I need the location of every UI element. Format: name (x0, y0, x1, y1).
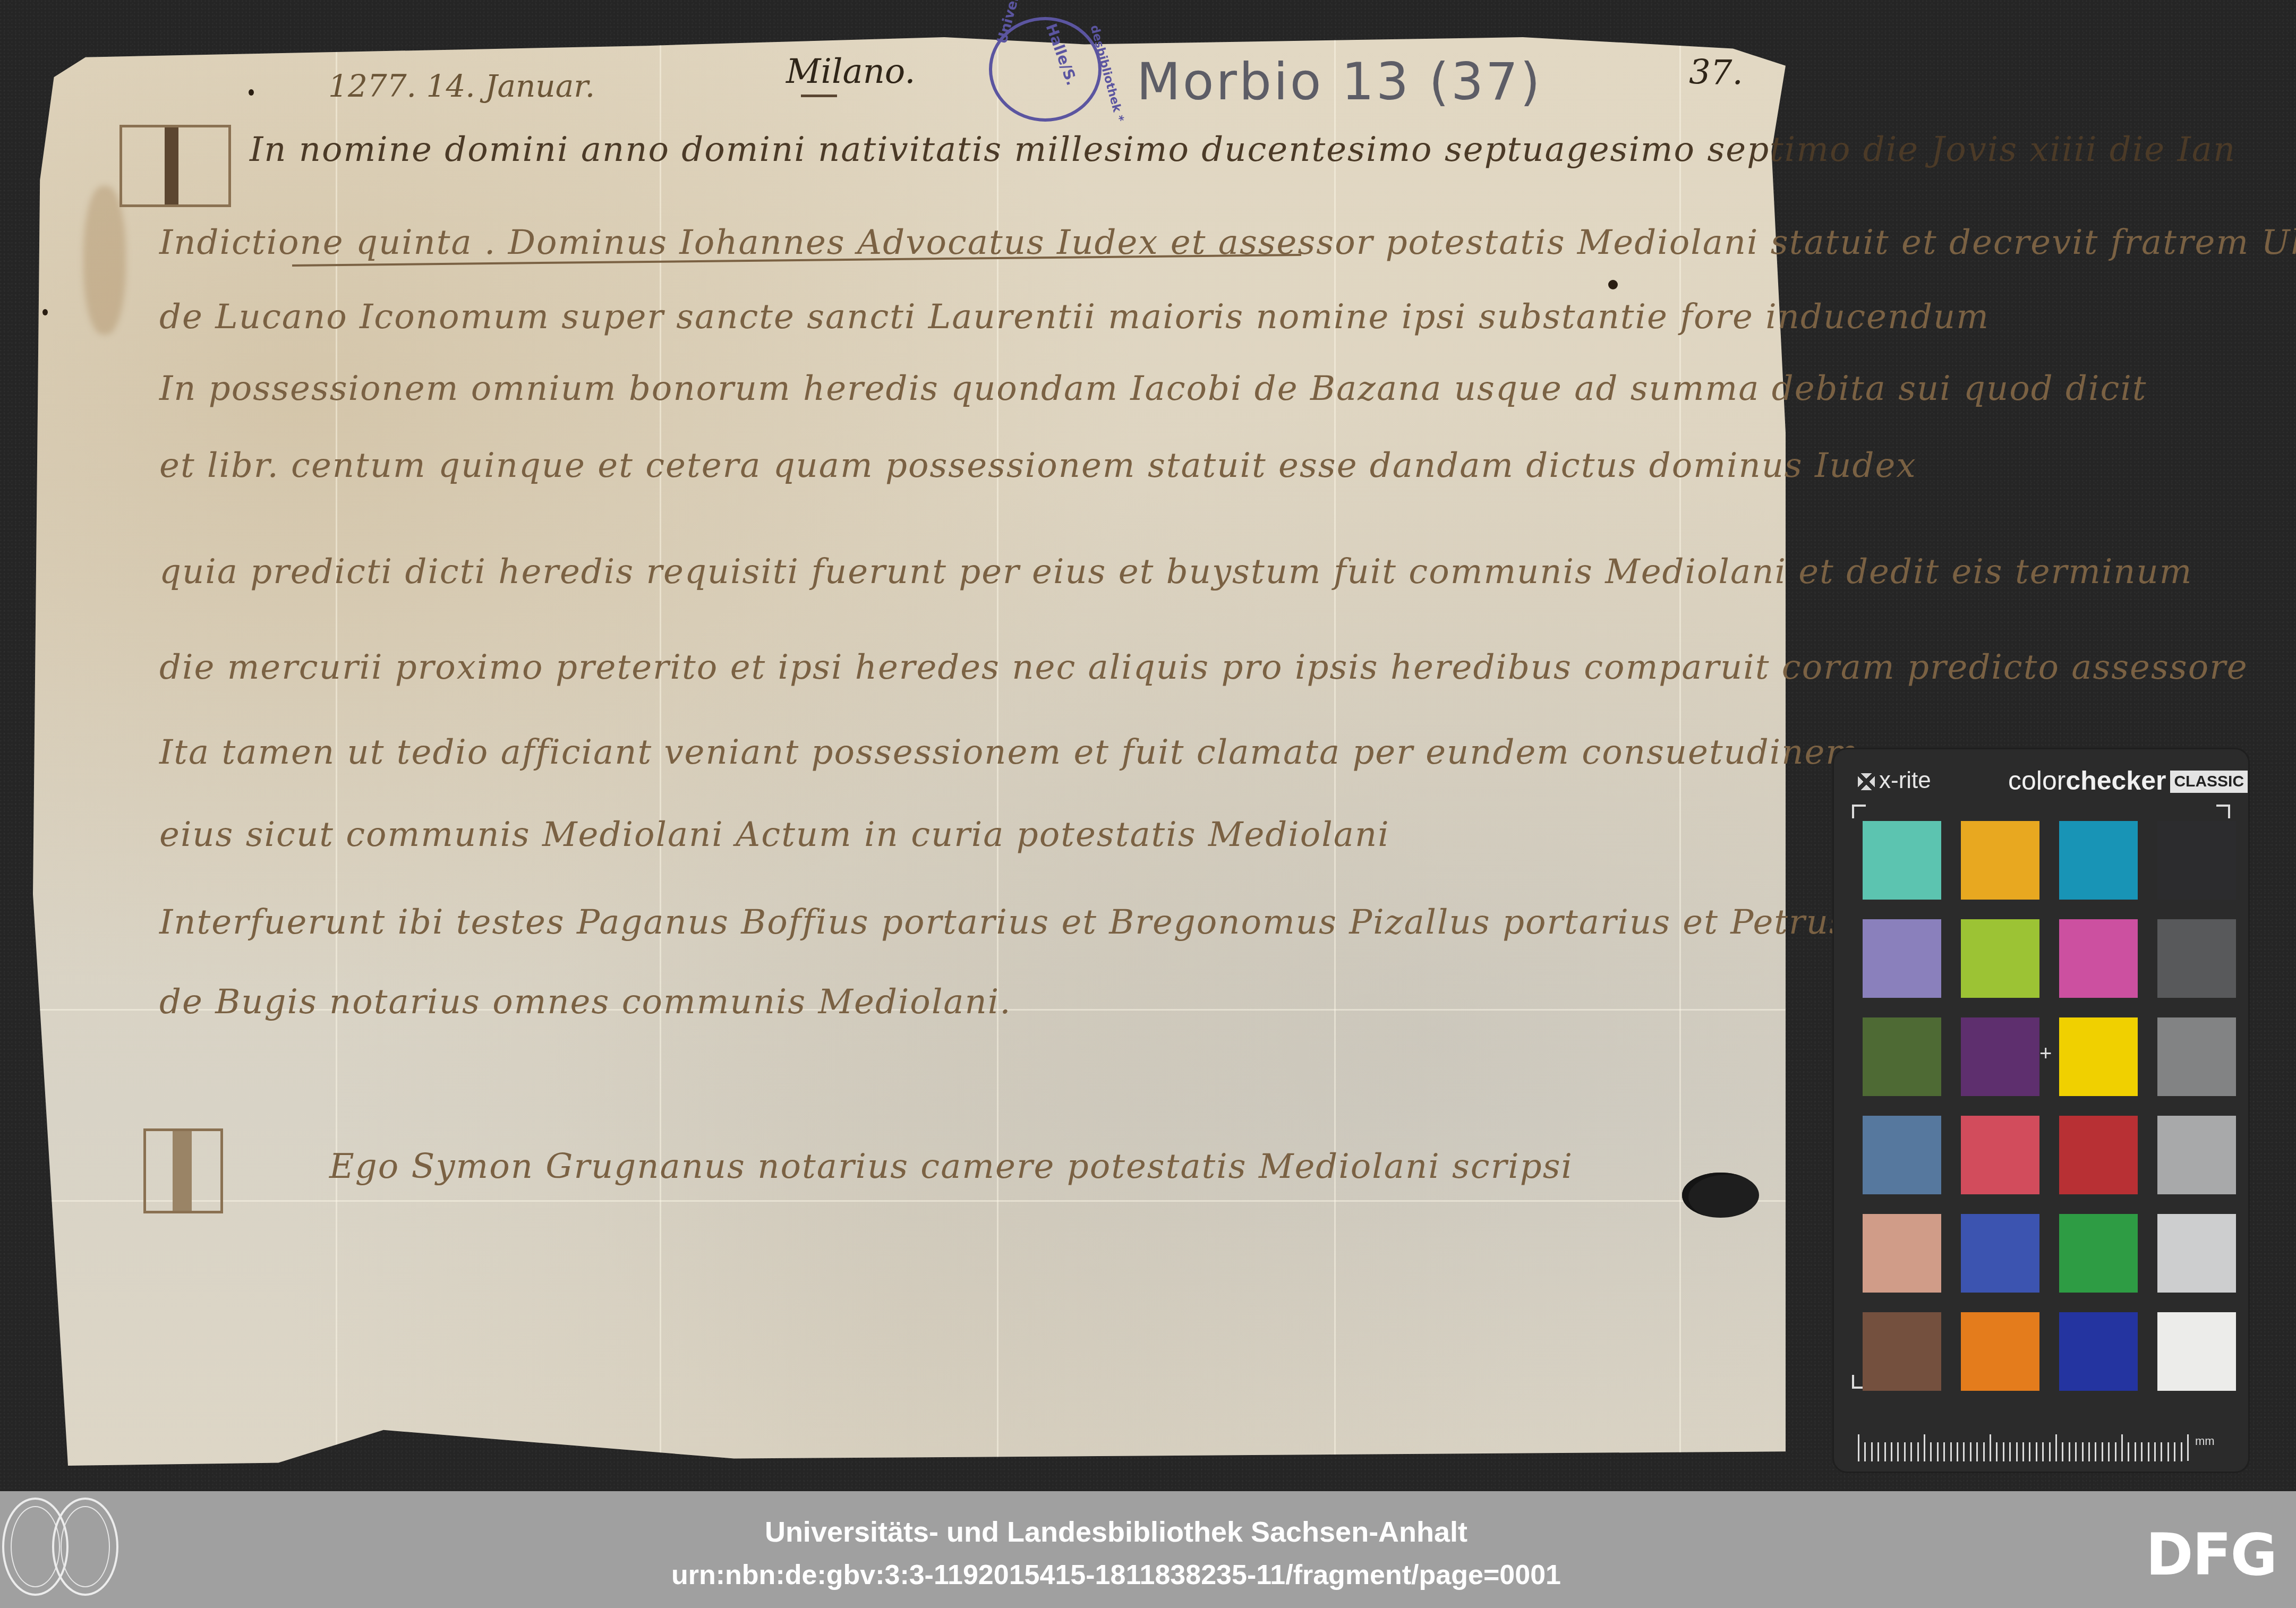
manuscript-line: eius sicut communis Mediolani Actum in c… (159, 815, 1390, 854)
place-annotation: Milano. (786, 52, 916, 91)
fold-line (33, 1200, 1786, 1202)
color-swatch (1863, 821, 1941, 900)
manuscript-line: die mercurii proximo preterito et ipsi h… (159, 648, 2248, 687)
color-swatch (1863, 1017, 1941, 1096)
xrite-mark-icon (1858, 773, 1875, 790)
parchment-hole (1682, 1173, 1759, 1218)
color-swatch (1961, 919, 2039, 998)
manuscript-line: Ita tamen ut tedio afficiant veniant pos… (159, 733, 1859, 772)
color-swatch (1863, 1116, 1941, 1194)
color-checker-card: x-rite colorcheckerCLASSIC + mm (1832, 748, 2250, 1473)
color-swatch (2059, 919, 2138, 998)
ruler-tick (1924, 1434, 1925, 1461)
urn-identifier[interactable]: urn:nbn:de:gbv:3:3-1192015415-1811838235… (0, 1559, 2264, 1591)
water-stain (83, 186, 126, 335)
color-swatch (2157, 1017, 2236, 1096)
ruler-unit-label: mm (2195, 1434, 2215, 1448)
manuscript-line: de Lucano Iconomum super sancte sancti L… (159, 297, 1990, 337)
pinhole (42, 309, 48, 315)
manuscript-line: In possessionem omnium bonorum heredis q… (159, 369, 2147, 408)
notarial-sign-top (120, 125, 231, 207)
color-swatch (1863, 1312, 1941, 1391)
color-swatch (1961, 1116, 2039, 1194)
color-swatch (2157, 919, 2236, 998)
color-swatch (2059, 1312, 2138, 1391)
crop-mark-icon (1852, 805, 1866, 818)
crop-mark-icon (2216, 805, 2230, 818)
ruler-tick (1858, 1434, 1859, 1461)
place-underline (801, 95, 837, 97)
pinhole (1608, 280, 1618, 289)
mm-ruler (1858, 1442, 2187, 1461)
ruler-tick (2055, 1434, 2057, 1461)
color-swatch (1961, 1017, 2039, 1096)
xrite-logo: x-rite (1858, 767, 1931, 794)
color-swatch (2059, 1214, 2138, 1293)
colorchecker-title: colorcheckerCLASSIC (2008, 765, 2248, 796)
color-swatch (1863, 1214, 1941, 1293)
folio-number: 37. (1689, 53, 1743, 92)
date-annotation: 1277. 14. Januar. (328, 68, 595, 104)
manuscript-line: de Bugis notarius omnes communis Mediola… (159, 982, 1012, 1022)
ruler-tick (2187, 1434, 2189, 1461)
color-swatch (2059, 1116, 2138, 1194)
institution-name: Universitäts- und Landesbibliothek Sachs… (0, 1516, 2264, 1549)
library-stamp: Univers Halle/S. desbibliothek * (989, 17, 1102, 122)
manuscript-line: In nomine domini anno domini nativitatis… (250, 130, 2236, 169)
notarial-sign-bottom (143, 1128, 223, 1213)
color-swatch (2157, 1312, 2236, 1391)
color-swatch (2157, 1214, 2236, 1293)
ruler-tick (2121, 1434, 2123, 1461)
color-swatch (1961, 821, 2039, 900)
color-swatch (1863, 919, 1941, 998)
dfg-logo: DFG (2146, 1522, 2276, 1588)
color-swatch (2059, 821, 2138, 900)
crosshair-icon: + (2039, 1043, 2052, 1064)
notary-subscription: Ego Symon Grugnanus notarius camere pote… (329, 1147, 1573, 1186)
color-swatch (1961, 1312, 2039, 1391)
pinhole (249, 89, 254, 96)
shelfmark-annotation: Morbio 13 (37) (1137, 52, 1542, 112)
classic-badge: CLASSIC (2170, 771, 2248, 793)
footer-bar: Universitäts- und Landesbibliothek Sachs… (0, 1491, 2296, 1608)
manuscript-line: et libr. centum quinque et cetera quam p… (159, 446, 1916, 485)
color-swatch (2157, 1116, 2236, 1194)
color-swatch (1961, 1214, 2039, 1293)
stamp-text-center: Halle/S. (1042, 21, 1081, 88)
ruler-tick (1990, 1434, 1991, 1461)
color-swatch (2157, 821, 2236, 900)
color-swatch (2059, 1017, 2138, 1096)
manuscript-line: Interfuerunt ibi testes Paganus Boffius … (159, 903, 1848, 942)
manuscript-line: quia predicti dicti heredis requisiti fu… (159, 552, 2192, 592)
